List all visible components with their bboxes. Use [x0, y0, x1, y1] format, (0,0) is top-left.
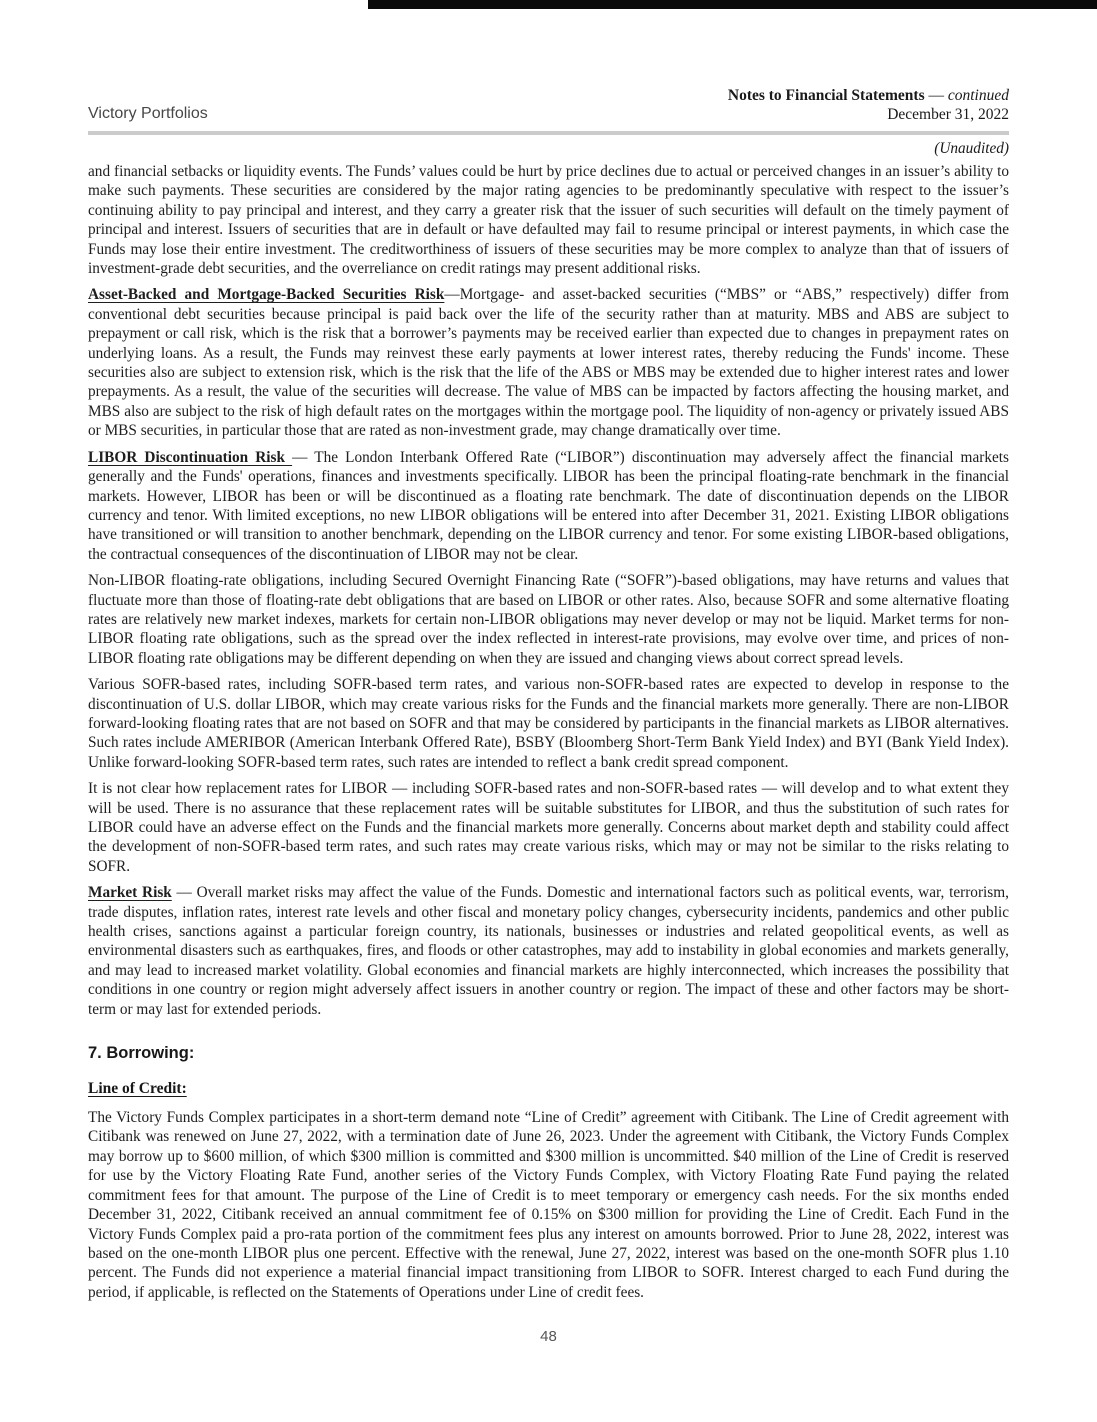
report-date: December 31, 2022 [728, 105, 1009, 124]
asset-backed-risk-sep: — [444, 286, 459, 303]
paragraph-asset-backed-risk: Asset-Backed and Mortgage-Backed Securit… [88, 285, 1009, 440]
paragraph-libor-discontinuation-risk: LIBOR Discontinuation Risk — The London … [88, 448, 1009, 564]
market-risk-sep: — [172, 884, 197, 901]
header-divider [88, 131, 1009, 135]
libor-risk-heading: LIBOR Discontinuation Risk [88, 449, 292, 466]
paragraph-replacement-rates: It is not clear how replacement rates fo… [88, 779, 1009, 876]
asset-backed-risk-heading: Asset-Backed and Mortgage-Backed Securit… [88, 286, 444, 303]
section-heading-borrowing: 7. Borrowing: [88, 1044, 1009, 1063]
notes-title-dash: — [925, 87, 948, 104]
paragraph-line-of-credit: The Victory Funds Complex participates i… [88, 1108, 1009, 1302]
paragraph-sofr-rates: Various SOFR-based rates, including SOFR… [88, 675, 1009, 772]
page-header: Victory Portfolios Notes to Financial St… [88, 86, 1009, 124]
market-risk-heading: Market Risk [88, 884, 172, 901]
subsection-heading-line-of-credit: Line of Credit: [88, 1080, 1009, 1098]
paragraph-market-risk: Market Risk — Overall market risks may a… [88, 883, 1009, 1019]
page-footer: 48 [0, 1328, 1097, 1345]
libor-risk-sep: — [292, 449, 314, 466]
unaudited-label: (Unaudited) [88, 140, 1009, 158]
document-page: Victory Portfolios Notes to Financial St… [0, 0, 1097, 1422]
notes-title: Notes to Financial Statements [728, 87, 925, 104]
header-right-block: Notes to Financial Statements — continue… [728, 86, 1009, 124]
paragraph-credit-risk-continued: and financial setbacks or liquidity even… [88, 162, 1009, 278]
notes-title-continued: continued [948, 87, 1009, 104]
page-number: 48 [540, 1328, 557, 1345]
fund-family-title: Victory Portfolios [88, 105, 208, 124]
notes-title-line: Notes to Financial Statements — continue… [728, 86, 1009, 105]
document-body: and financial setbacks or liquidity even… [88, 162, 1009, 1302]
paragraph-non-libor-obligations: Non-LIBOR floating-rate obligations, inc… [88, 571, 1009, 668]
